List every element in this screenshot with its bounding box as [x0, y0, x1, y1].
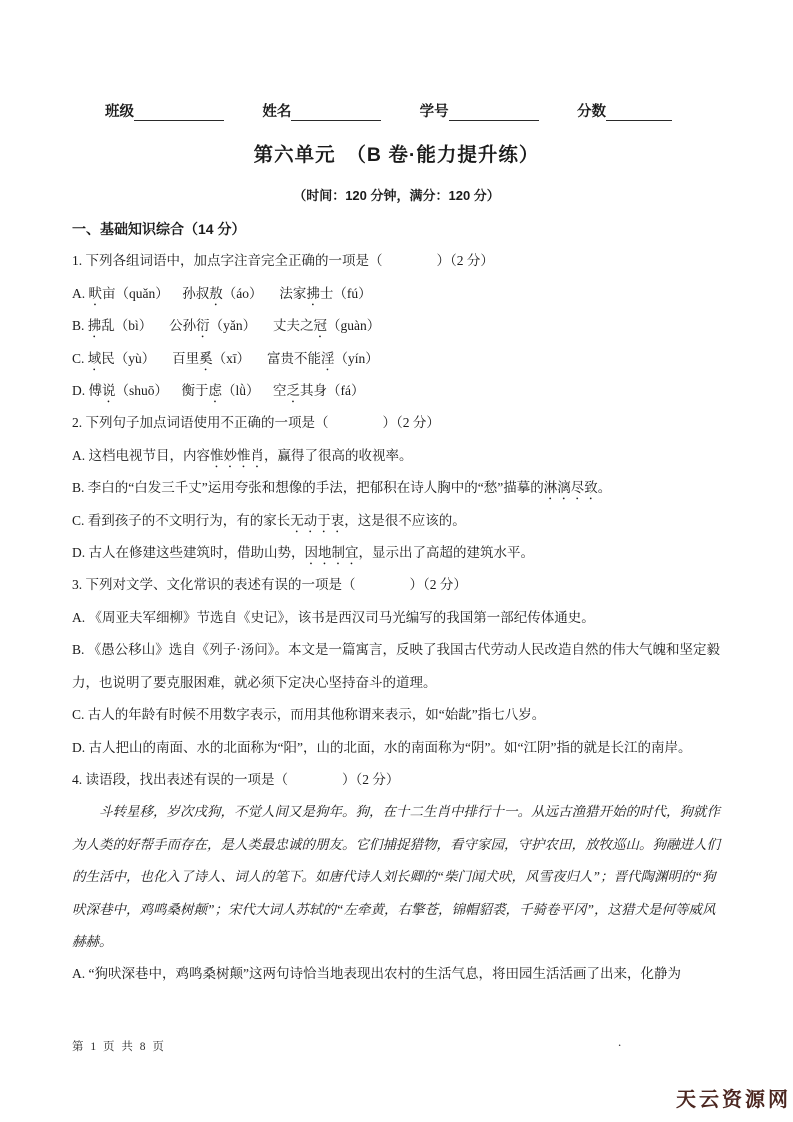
student-id-blank [449, 103, 539, 121]
option-line: C. 看到孩子的不文明行为，有的家长无动于衷，这是很不应该的。 [72, 505, 724, 537]
emphasized-text: 冠 [314, 318, 328, 333]
document-body: 一、基础知识综合（14 分）1. 下列各组词语中，加点字注音完全正确的一项是（ … [72, 213, 724, 991]
emphasized-text: 拂 [88, 318, 102, 333]
option-line: A. 畎亩（quǎn） 孙叔敖（áo） 法家拂士（fú） [72, 278, 724, 310]
emphasized-text: 敖 [209, 286, 223, 301]
emphasized-text: 淫 [321, 351, 335, 366]
exam-page: 班级 姓名 学号 分数 第六单元 （B 卷·能力提升练） （时间：120 分钟，… [0, 0, 793, 1122]
option-line: A. 《周亚夫军细柳》节选自《史记》，该书是西汉司马光编写的我国第一部纪传体通史… [72, 602, 724, 634]
class-field: 班级 [105, 100, 224, 121]
student-id-label: 学号 [420, 100, 449, 121]
page-number: 第 1 页 共 8 页 [72, 1038, 166, 1054]
emphasized-text: 虑 [209, 383, 223, 398]
passage: 斗转星移，岁次戌狗，不觉人间又是狗年。狗，在十二生肖中排行十一。从远古渔猎开始的… [72, 796, 724, 958]
question-stem: 1. 下列各组词语中，加点字注音完全正确的一项是（ ）（2 分） [72, 245, 724, 277]
option-line: B. 拂乱（bì） 公孙衍（yǎn） 丈夫之冠（guàn） [72, 310, 724, 342]
question-stem: 3. 下列对文学、文化常识的表述有误的一项是（ ）（2 分） [72, 569, 724, 601]
score-field: 分数 [577, 100, 672, 121]
question-stem: 2. 下列句子加点词语使用不正确的一项是（ ）（2 分） [72, 407, 724, 439]
emphasized-text: 乏 [287, 383, 301, 398]
page-title: 第六单元 （B 卷·能力提升练） [0, 139, 793, 167]
watermark: 天云资源网 [676, 1083, 791, 1112]
emphasized-text: 衍 [196, 318, 210, 333]
option-line: D. 古人把山的南面、水的北面称为“阳”，山的北面，水的南面称为“阴”。如“江阴… [72, 732, 724, 764]
student-id-field: 学号 [420, 100, 539, 121]
class-label: 班级 [105, 100, 134, 121]
emphasized-text: 拂 [306, 286, 320, 301]
option-line: A. 这档电视节目，内容惟妙惟肖，赢得了很高的收视率。 [72, 440, 724, 472]
option-line: C. 古人的年龄有时候不用数字表示，而用其他称谓来表示，如“始龀”指七八岁。 [72, 699, 724, 731]
emphasized-text: 因地制宜 [305, 545, 359, 560]
option-line: D. 傅说（shuō） 衡于虑（lǜ） 空乏其身（fá） [72, 375, 724, 407]
student-info-row: 班级 姓名 学号 分数 [105, 100, 672, 121]
emphasized-text: 奚 [199, 351, 213, 366]
option-line: B. 李白的“白发三千丈”运用夸张和想像的手法，把郁积在诗人胸中的“愁”描摹的淋… [72, 472, 724, 504]
name-field: 姓名 [262, 100, 381, 121]
name-blank [291, 103, 381, 121]
option-line: A. “狗吠深巷中，鸡鸣桑树颠”这两句诗恰当地表现出农村的生活气息，将田园生活活… [72, 958, 724, 990]
score-label: 分数 [577, 100, 606, 121]
option-line: D. 古人在修建这些建筑时，借助山势，因地制宜，显示出了高超的建筑水平。 [72, 537, 724, 569]
class-blank [134, 103, 224, 121]
score-blank [606, 103, 672, 121]
emphasized-text: 无动于衷 [290, 513, 344, 528]
option-line: C. 域民（yù） 百里奚（xī） 富贵不能淫（yín） [72, 343, 724, 375]
emphasized-text: 淋漓尽致 [544, 480, 598, 495]
stray-dot: . [618, 1034, 621, 1050]
section-heading: 一、基础知识综合（14 分） [72, 213, 724, 245]
option-line: B. 《愚公移山》选自《列子·汤问》。本文是一篇寓言，反映了我国古代劳动人民改造… [72, 634, 724, 699]
emphasized-text: 说 [102, 383, 116, 398]
page-subtitle: （时间：120 分钟，满分：120 分） [0, 185, 793, 204]
emphasized-text: 域 [88, 351, 102, 366]
name-label: 姓名 [262, 100, 291, 121]
emphasized-text: 惟妙惟肖 [210, 448, 264, 463]
question-stem: 4. 读语段，找出表述有误的一项是（ ）（2 分） [72, 764, 724, 796]
emphasized-text: 畎 [89, 286, 103, 301]
